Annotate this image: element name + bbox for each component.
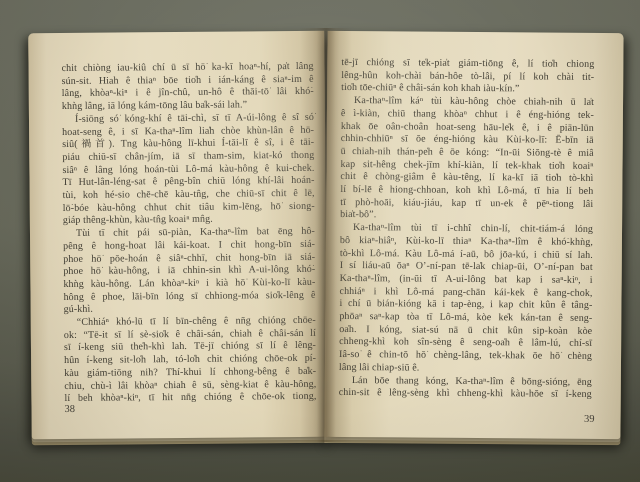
open-book: chit chiòng iau-kiû chí ū sī hō͘ ka-kī h… bbox=[30, 32, 622, 438]
text-line: lí beh khòaⁿ-kiⁿ, tī hit nn̄g chióng ê c… bbox=[64, 391, 316, 406]
text-line: hông ê phoe, lāi-bīn lóng sī chhiong-móa… bbox=[63, 289, 315, 304]
page-number-right: 39 bbox=[584, 414, 595, 425]
text-line: lâng, khòaⁿ-kiⁿ i ê jîn-chû, un-hô ê thā… bbox=[62, 86, 314, 101]
text-line: chin-sit ê lêng-sèng khì chheng-khì kàu-… bbox=[339, 387, 592, 402]
left-page: chit chiòng iau-kiû chí ū sī hō͘ ka-kī h… bbox=[28, 31, 328, 440]
photo-background: chit chiòng iau-kiû chí ū sī hō͘ ka-kī h… bbox=[0, 0, 640, 482]
right-page: tē-jī chióng sī te̍k-pia̍t giám-tiōng ê,… bbox=[324, 31, 623, 439]
text-block: tē-jī chióng sī te̍k-pia̍t giám-tiōng ê,… bbox=[339, 57, 595, 402]
text-block: chit chiòng iau-kiû chí ū sī hō͘ ka-kī h… bbox=[61, 61, 316, 406]
text-line: tī phò-hoāi, kiáu-jiáu, kap tī un-ek ê p… bbox=[340, 197, 593, 212]
page-number-left: 38 bbox=[64, 404, 75, 415]
